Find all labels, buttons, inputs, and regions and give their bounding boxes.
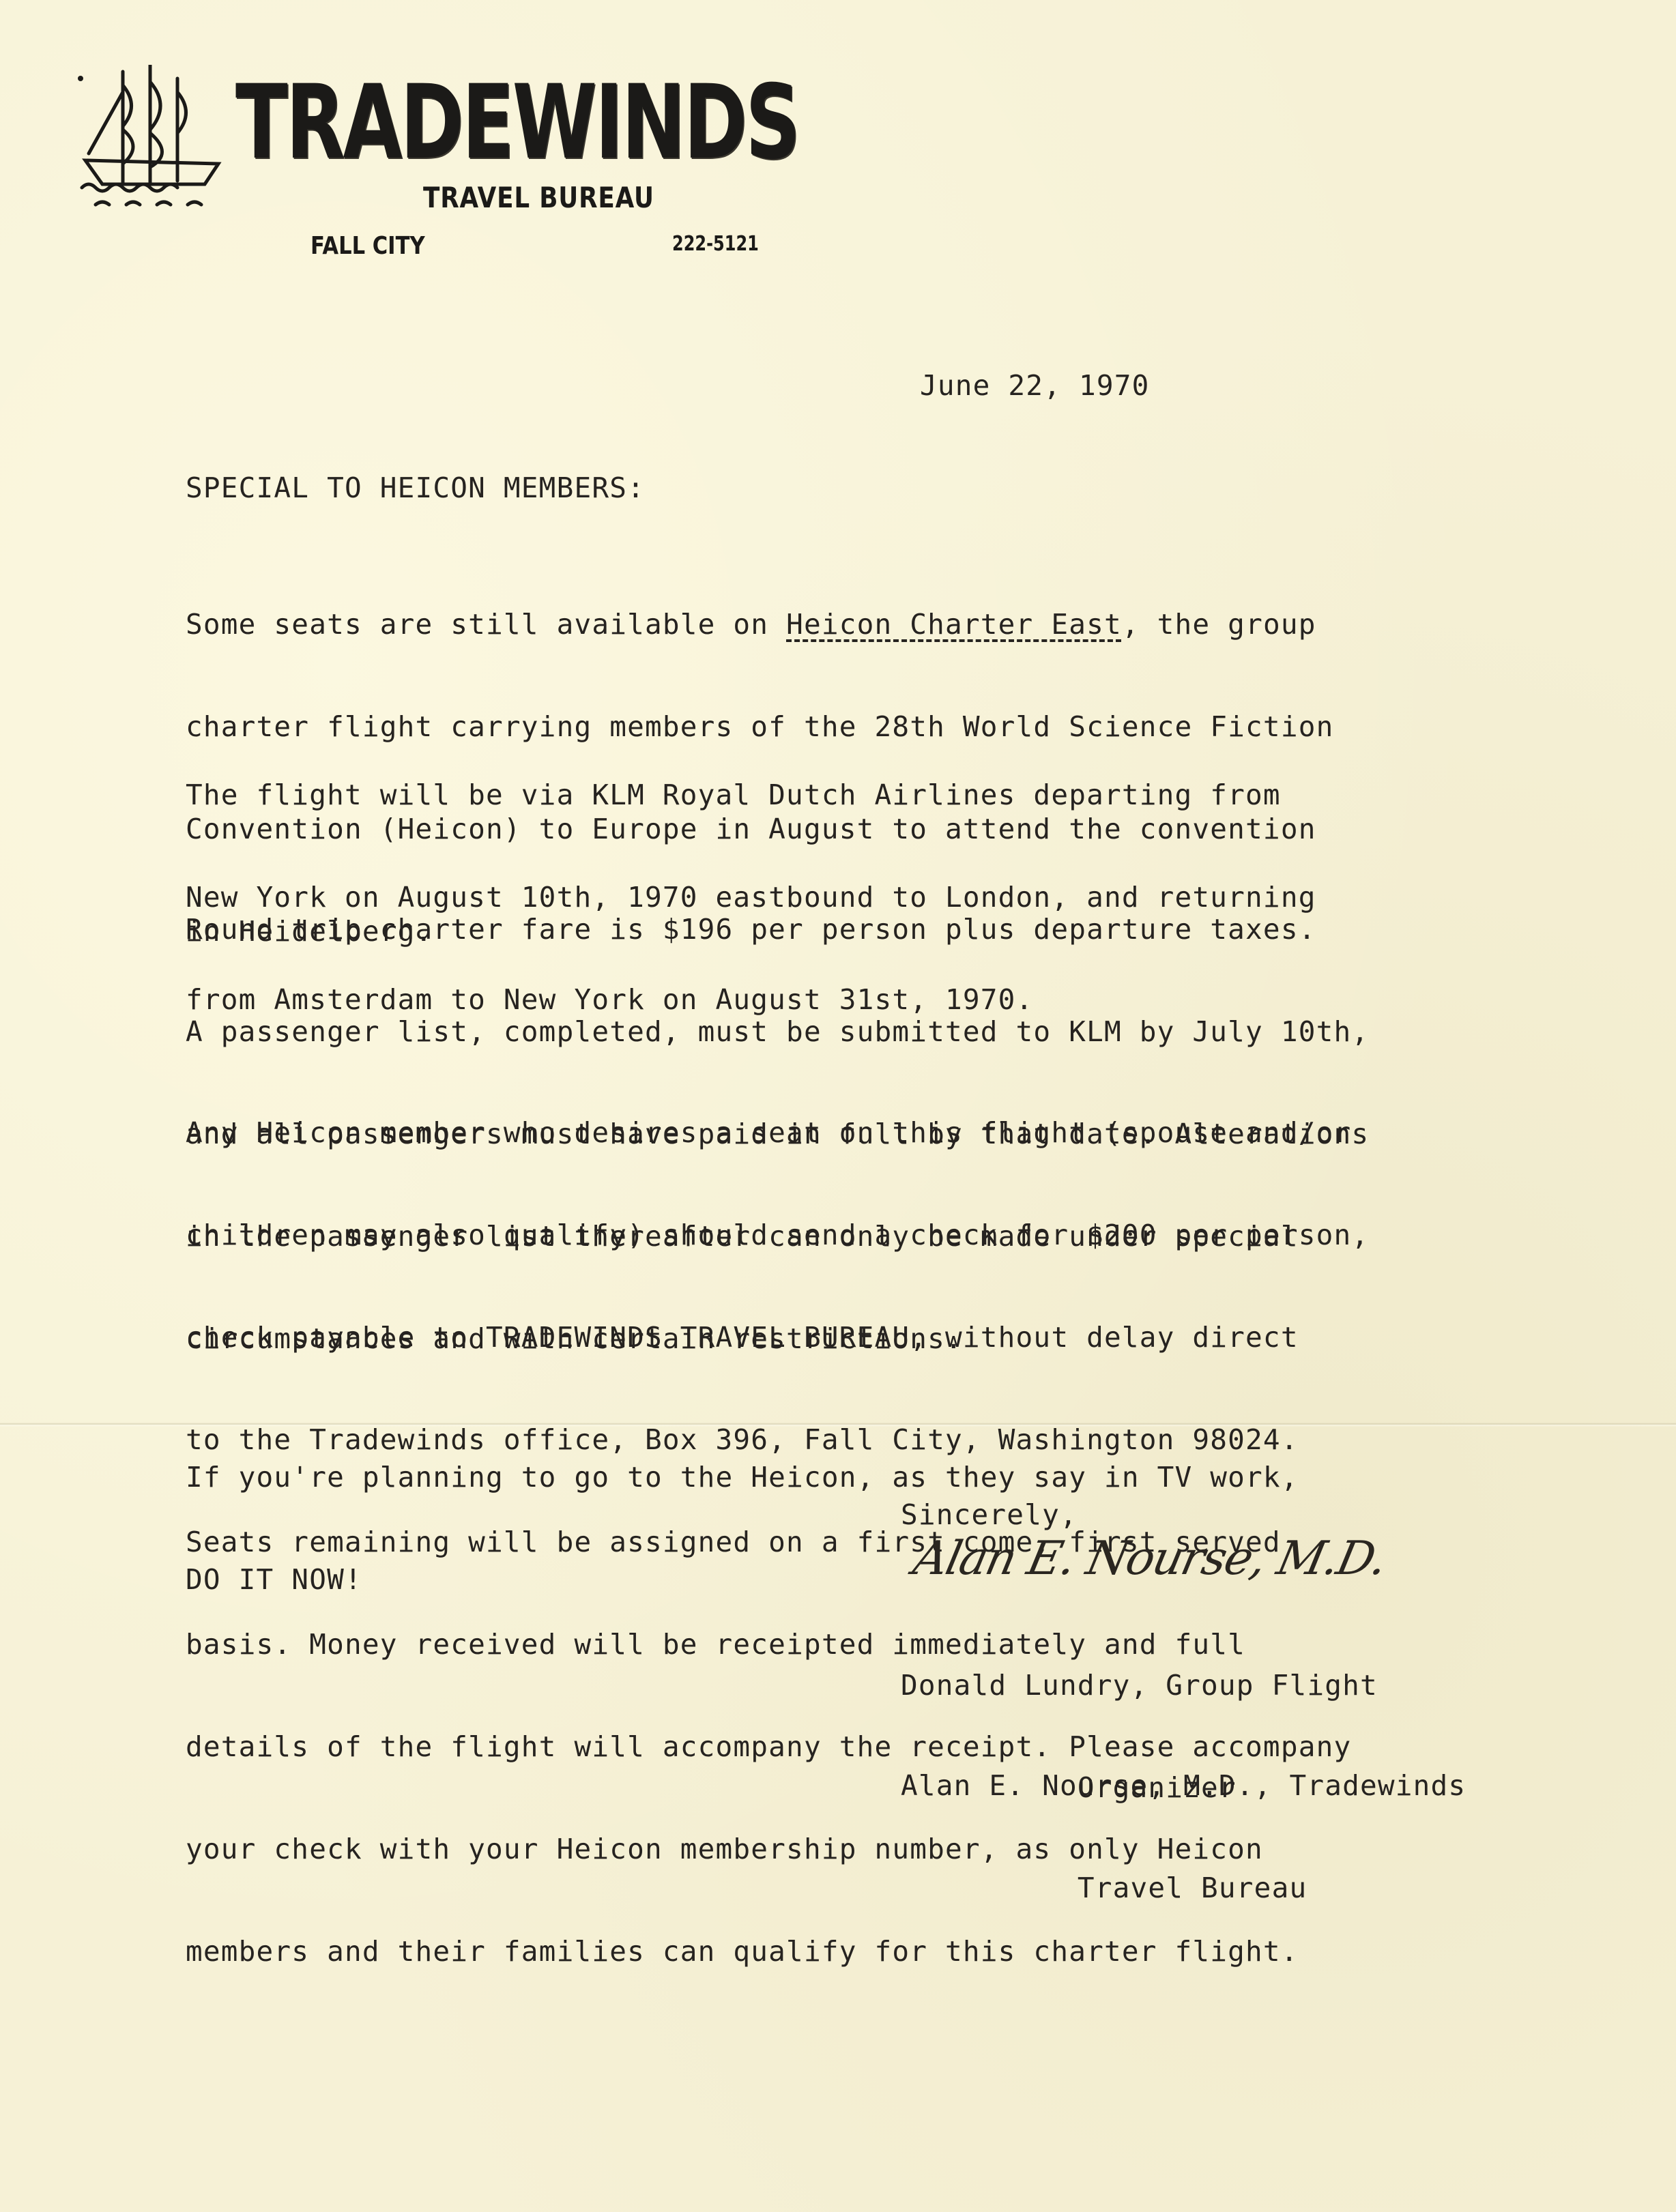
sailing-ship-icon <box>75 65 239 222</box>
paragraph-line: Any Heicon member who desires a seat on … <box>186 1116 1369 1150</box>
brand-name: TRADEWINDS <box>235 72 798 174</box>
letterhead: TRADEWINDS TRAVEL BUREAU FALL CITY 222-5… <box>75 65 785 263</box>
paragraph-line: If you're planning to go to the Heicon, … <box>186 1460 1299 1494</box>
handwritten-signature: Alan E. Nourse, M.D. <box>909 1532 1391 1586</box>
closing: Sincerely, <box>901 1498 1078 1532</box>
paragraph-line: The flight will be via KLM Royal Dutch A… <box>186 778 1316 812</box>
line-suffix: , the group <box>1122 608 1316 641</box>
signatory-2: Alan E. Nourse, M.D., Tradewinds Travel … <box>901 1700 1466 1939</box>
paragraph-line: Some seats are still available on Heicon… <box>186 607 1333 641</box>
line-prefix: Some seats are still available on <box>186 608 786 641</box>
paragraph-line: Round trip charter fare is $196 per pers… <box>186 912 1369 946</box>
paragraph-line: check payable to TRADEWINDS TRAVEL BUREA… <box>186 1320 1369 1354</box>
paragraph-line: A passenger list, completed, must be sub… <box>186 1015 1369 1049</box>
signatory-line: Donald Lundry, Group Flight <box>901 1668 1378 1702</box>
paragraph-line: children may also qualify) should send a… <box>186 1218 1369 1252</box>
letterhead-phone: 222-5121 <box>672 232 759 256</box>
paragraph-5: If you're planning to go to the Heicon, … <box>186 1392 1299 1631</box>
salutation: SPECIAL TO HEICON MEMBERS: <box>186 471 645 505</box>
signatory-line: Travel Bureau <box>901 1871 1466 1905</box>
brand-subtitle: TRAVEL BUREAU <box>423 181 654 214</box>
paragraph-line: members and their families can qualify f… <box>186 1934 1369 1968</box>
letter-date: June 22, 1970 <box>920 368 1150 403</box>
letterhead-city: FALL CITY <box>310 232 425 260</box>
signatory-line: Alan E. Nourse, M.D., Tradewinds <box>901 1769 1466 1803</box>
charter-name: Heicon Charter East <box>786 608 1122 641</box>
